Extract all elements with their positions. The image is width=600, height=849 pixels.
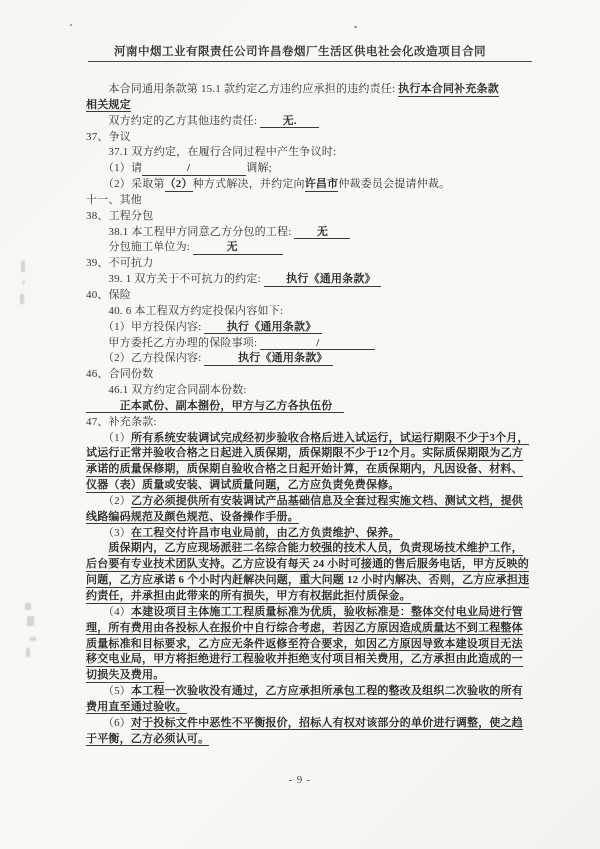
text-segment: 仲裁委员会提请仲裁。	[338, 178, 450, 190]
fill-in-value: 无	[227, 241, 238, 255]
document-line: 40、保险	[86, 288, 538, 304]
page-number: - 9 -	[0, 775, 600, 786]
fill-in-value: 相关规定	[86, 99, 131, 113]
blank-underline	[204, 352, 238, 366]
document-header-title: 河南中烟工业有限责任公司许昌卷烟厂生活区供电社会化改造项目合同	[0, 43, 600, 59]
blank-underline	[370, 273, 381, 287]
blank-underline: /	[142, 162, 246, 176]
document-line: 问题，乙方应承诺 6 个小时内赶解决问题，重大问题 12 小时内解决、否则，乙方…	[86, 573, 538, 589]
fill-in-value: 问题，乙方应承诺 6 个小时内赶解决问题，重大问题 12 小时内解决、否则，乙方…	[86, 574, 529, 588]
fill-in-value: 乙方必须提供所有安装调试产品基础信息及全套过程实施文档、测试文档，提供	[131, 495, 523, 509]
document-line: 46.1 双方约定合同副本份数:	[86, 383, 538, 399]
document-line: （4）本建设项目主体施工工程质量标准为优质，验收标准是：整体交付电业局进行管	[86, 605, 538, 621]
fill-in-value: 本建设项目主体施工工程质量标准为优质，验收标准是：整体交付电业局进行管	[131, 606, 523, 620]
document-line: （2）采取第（2）种方式解决，并约定向许昌市仲裁委员会提请仲裁。	[86, 177, 538, 193]
text-segment: （2）采取第	[86, 178, 165, 190]
blank-underline	[297, 115, 319, 129]
text-segment	[86, 542, 108, 554]
document-line: 38、工程分包	[86, 209, 538, 225]
blank-underline	[86, 400, 120, 414]
document-line: 仪器（表）质量或安装、调试质量问题，乙方应负责免费保修。	[86, 478, 538, 494]
blank-underline	[264, 273, 286, 287]
document-line: 线路编码规范及颜色规范、设备操作手册。	[86, 510, 538, 526]
blank-underline	[311, 321, 322, 335]
blank-underline	[260, 115, 282, 129]
document-line: 本合同通用条款第 15.1 款约定乙方违约应承担的违约责任: 执行本合同补充条款	[86, 82, 538, 98]
fill-in-value: 移交电业局，甲方将拒绝进行工程验收并拒绝支付项目相关费用，乙方承担由此造成的一	[86, 653, 523, 667]
text-segment: 双方约定的乙方其他违约责任:	[86, 115, 260, 127]
text-segment: 46、合同份数	[86, 368, 153, 380]
document-line: 后台要有专业技术团队支持。乙方应设有每天 24 小时可接通的售后服务电话，甲方反…	[86, 557, 538, 573]
blank-underline	[193, 241, 227, 255]
fill-in-value: 质量标准和目标要求，乙方应无条件返修至符合要求，如因乙方原因导致本建设项目无法	[86, 638, 523, 652]
blank-underline	[204, 321, 226, 335]
document-line: （3）在工程交付许昌市电业局前，由乙方负责维护、保养。	[86, 526, 538, 542]
text-segment: （5）	[86, 685, 131, 697]
text-segment: 39. 1 双方关于不可抗力的约定:	[86, 273, 264, 285]
document-line: （6）对于投标文件中恶性不平衡报价，招标人有权对该部分的单价进行调整，使之趋	[86, 716, 538, 732]
blank-underline	[294, 226, 316, 240]
text-segment: 46.1 双方约定合同副本份数:	[86, 384, 247, 396]
margin-smudge	[27, 616, 34, 626]
margin-smudge	[26, 648, 30, 657]
document-line: 质量标准和目标要求，乙方应无条件返修至符合要求，如因乙方原因导致本建设项目无法	[86, 637, 538, 653]
text-segment: 甲方委托乙方办理的保险事项:	[86, 337, 260, 349]
document-line: （1）请 / 调解;	[86, 161, 538, 177]
fill-in-value: 费用直至通过验收。	[86, 701, 187, 715]
margin-smudge	[25, 603, 31, 610]
document-line: 移交电业局，甲方将拒绝进行工程验收并拒绝支付项目相关费用，乙方承担由此造成的一	[86, 652, 538, 668]
document-line: 质保期内，乙方应现场派驻二名综合能力较强的技术人员，负责现场技术维护工作，	[86, 541, 538, 557]
margin-smudge	[22, 281, 25, 284]
text-segment: （2）乙方投保内容:	[86, 352, 204, 364]
fill-in-value: 质保期内，乙方应现场派驻二名综合能力较强的技术人员，负责现场技术维护工作，	[108, 542, 522, 556]
text-segment: 37、争议	[86, 131, 131, 143]
scan-speck	[354, 26, 357, 28]
document-line: 38.1 本工程甲方同意乙方分包的工程: 无	[86, 225, 538, 241]
text-segment: （6）	[86, 717, 131, 729]
text-segment: 40、保险	[86, 289, 131, 301]
document-line: 承诺的质量保修期，质保期自验收合格之日起开始计算，在质保期内，凡因设备、材料、	[86, 462, 538, 478]
fill-in-value: 无	[317, 226, 328, 240]
fill-in-value: 线路编码规范及颜色规范、设备操作手册。	[86, 511, 299, 525]
text-segment: （1）甲方投保内容:	[86, 321, 204, 333]
document-line: （1）所有系统安装调试完成经初步验收合格后进入试运行，试运行期限不少于3个月，	[86, 431, 538, 447]
fill-in-value: 试运行正常并验收合格之日起进入质保期，质保期限不少于12个月。实际质保期限为乙方	[86, 447, 523, 461]
document-line: 于平衡，乙方必须认可。	[86, 732, 538, 748]
document-line: 双方约定的乙方其他违约责任: 无.	[86, 114, 538, 130]
fill-in-value: 约责任，并承担由此带来的所有损失，甲方有权据此拒付质保金。	[86, 590, 411, 604]
document-body: 本合同通用条款第 15.1 款约定乙方违约应承担的违约责任: 执行本合同补充条款…	[86, 82, 538, 747]
document-line: 理，所有费用由各投标人在报价中自行综合考虑，若因乙方原因造成质量达不到工程整体	[86, 621, 538, 637]
document-line: 39、不可抗力	[86, 256, 538, 272]
margin-smudge	[20, 294, 24, 304]
blank-underline	[322, 352, 333, 366]
fill-in-value: 切损失及费用。	[86, 669, 164, 683]
text-segment: （1）请	[86, 162, 142, 174]
document-line: （5）本工程一次验收没有通过，乙方应承担所承包工程的整改及组织二次验收的所有	[86, 684, 538, 700]
text-segment: 调解;	[246, 162, 272, 174]
document-line: 37、争议	[86, 130, 538, 146]
text-segment: 分包施工单位为:	[86, 241, 193, 253]
fill-in-value: 执行《通用条款》	[227, 321, 311, 335]
margin-smudge	[30, 637, 36, 641]
text-segment: （2）	[86, 495, 131, 507]
document-line: 40. 6 本工程双方约定投保内容如下:	[86, 304, 538, 320]
blank-underline	[332, 400, 343, 414]
text-segment: 47、补充条款:	[86, 416, 157, 428]
scanned-contract-page: 河南中烟工业有限责任公司许昌卷烟厂生活区供电社会化改造项目合同 本合同通用条款第…	[0, 0, 600, 849]
text-segment: （4）	[86, 606, 131, 618]
document-line: （2）乙方投保内容: 执行《通用条款》	[86, 351, 538, 367]
fill-in-value: 本工程一次验收没有通过，乙方应承担所承包工程的整改及组织二次验收的所有	[131, 685, 523, 699]
blank-underline	[328, 226, 350, 240]
document-line: （1）甲方投保内容: 执行《通用条款》	[86, 320, 538, 336]
document-line: 分包施工单位为: 无	[86, 240, 538, 256]
text-segment: 40. 6 本工程双方约定投保内容如下:	[86, 305, 283, 317]
document-line: （2）乙方必须提供所有安装调试产品基础信息及全套过程实施文档、测试文档，提供	[86, 494, 538, 510]
fill-in-value: 理，所有费用由各投标人在报价中自行综合考虑，若因乙方原因造成质量达不到工程整体	[86, 622, 523, 636]
document-line: 47、补充条款:	[86, 415, 538, 431]
fill-in-value: 对于投标文件中恶性不平衡报价，招标人有权对该部分的单价进行调整，使之趋	[131, 717, 523, 731]
text-segment: 39、不可抗力	[86, 257, 153, 269]
fill-in-value: 仪器（表）质量或安装、调试质量问题，乙方应负责免费保修。	[86, 479, 400, 493]
text-segment: 十一、其他	[86, 194, 142, 206]
fill-in-value: 所有系统安装调试完成经初步验收合格后进入试运行，试运行期限不少于3个月，	[131, 432, 529, 446]
fill-in-value: 无.	[283, 115, 297, 129]
margin-smudge	[21, 261, 25, 272]
fill-in-value: 正本贰份、副本捌份，甲方与乙方各执伍份	[120, 400, 333, 414]
header-rule	[88, 61, 532, 62]
fill-in-value: 承诺的质量保修期，质保期自验收合格之日起开始计算，在质保期内，凡因设备、材料、	[86, 463, 523, 477]
document-line: 39. 1 双方关于不可抗力的约定: 执行《通用条款》	[86, 272, 538, 288]
fill-in-value: 执行本合同补充条款	[398, 83, 499, 97]
fill-in-value: 执行《通用条款》	[286, 273, 370, 287]
text-segment: 37.1 双方约定，在履行合同过程中产生争议时:	[86, 146, 336, 158]
document-line: 切损失及费用。	[86, 668, 538, 684]
document-line: 甲方委托乙方办理的保险事项: /	[86, 336, 538, 352]
text-segment: 种方式解决，并约定向	[193, 178, 305, 190]
blank-underline: /	[260, 337, 375, 351]
document-line: 约责任，并承担由此带来的所有损失，甲方有权据此拒付质保金。	[86, 589, 538, 605]
document-line: 费用直至通过验收。	[86, 700, 538, 716]
text-segment: （3）	[86, 527, 131, 539]
document-line: 37.1 双方约定，在履行合同过程中产生争议时:	[86, 145, 538, 161]
text-segment: 38.1 本工程甲方同意乙方分包的工程:	[86, 226, 294, 238]
fill-in-value: （2）	[165, 178, 193, 192]
document-line: 46、合同份数	[86, 367, 538, 383]
text-segment: （1）	[86, 432, 131, 444]
document-line: 正本贰份、副本捌份，甲方与乙方各执伍份	[86, 399, 538, 415]
fill-in-value: 许昌市	[305, 178, 339, 192]
scan-speck	[70, 24, 72, 26]
blank-underline	[238, 241, 283, 255]
fill-in-value: 后台要有专业技术团队支持。乙方应设有每天 24 小时可接通的售后服务电话，甲方反…	[86, 558, 529, 572]
fill-in-value: 执行《通用条款》	[238, 352, 322, 366]
text-segment: 38、工程分包	[86, 210, 153, 222]
fill-in-value: 于平衡，乙方必须认可。	[86, 733, 209, 747]
document-line: 十一、其他	[86, 193, 538, 209]
document-line: 相关规定	[86, 98, 538, 114]
document-line: 试运行正常并验收合格之日起进入质保期，质保期限不少于12个月。实际质保期限为乙方	[86, 446, 538, 462]
text-segment: 本合同通用条款第 15.1 款约定乙方违约应承担的违约责任:	[86, 83, 398, 95]
fill-in-value: 在工程交付许昌市电业局前，由乙方负责维护、保养。	[131, 527, 400, 541]
